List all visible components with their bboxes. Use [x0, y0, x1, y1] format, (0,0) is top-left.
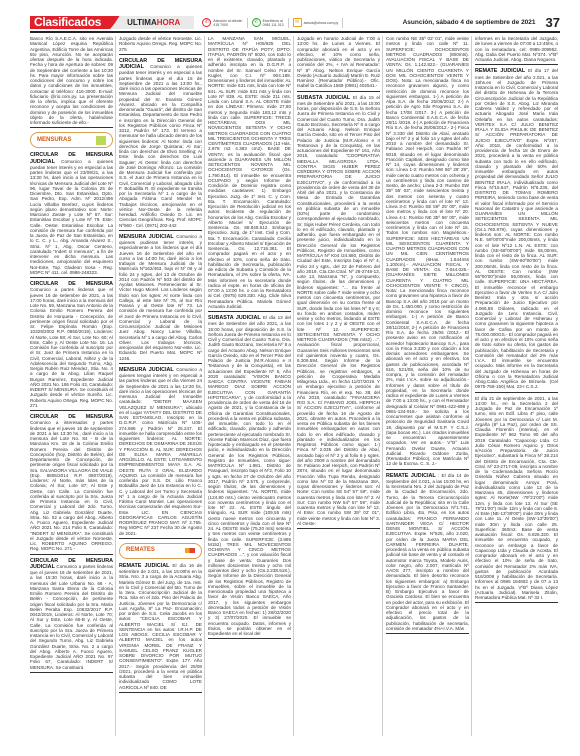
classifieds-columns: Banco Río S.A.E.C.A. sito en Avenida Mar… [30, 36, 560, 736]
section-label: MENSURAS [37, 138, 71, 143]
ad-body: informes en la Secretaría del Juzgado, d… [475, 36, 558, 62]
classified-ad: informes en la Secretaría del Juzgado, d… [475, 36, 558, 65]
classified-ad: REMATE JUDICIAL : El día 14 de Septiembr… [386, 473, 469, 635]
divider [247, 18, 248, 28]
ad-heading: SUBASTA JUDICIAL [297, 95, 350, 101]
ad-body: Comunico a partes linderas que el jueves… [30, 287, 113, 408]
divider [342, 18, 343, 28]
dateline: Asunción, sábado 4 de septiembre de 2021 [403, 19, 536, 26]
ad-body: Juzgado desde el vértice Noroeste. Lic. … [119, 36, 202, 52]
ad-body: Comunico a quienes puedan tener interés … [30, 159, 113, 275]
ad-body: Comunico a quienes pudieran tener interé… [119, 234, 202, 361]
section-label: REMATES [126, 548, 155, 553]
gavel-icon [185, 548, 195, 553]
classified-ad: CIRCULAR DE MENSURA JUDICIAL Comunico a … [30, 152, 113, 278]
classified-ad: SUBASTA JUDICIAL El día 13 del mes de Se… [208, 315, 291, 639]
contact-phone-value: 415 7000 [213, 23, 228, 27]
whatsapp-icon: ✆ [252, 18, 261, 27]
map-icon [96, 136, 106, 145]
column-1: Banco Río S.A.E.C.A. sito en Avenida Mar… [30, 36, 116, 736]
ad-body: LA MANZANA SAN MIGUEL, MATRÍCULA Nº H05/… [208, 36, 291, 309]
classified-ad: CIRCULAR DE MENSURA Comunico a partes li… [30, 281, 113, 411]
column-5: Con rumbo NE 35º 02' 01", mide veinte me… [386, 36, 472, 736]
column-2: Juzgado desde el vértice Noroeste. Lic. … [119, 36, 205, 736]
ad-body: Con rumbo NE 35º 02' 01", mide veinte me… [386, 36, 469, 466]
classified-ad: REMATE JUDICIAL El día 16 de setiembre d… [119, 563, 202, 693]
column-6: informes en la Secretaría del Juzgado, d… [475, 36, 560, 736]
classified-ad: SUBASTA JUDICIAL El día 15 el mes de Set… [297, 95, 380, 530]
section-banner-mensuras: MENSURAS [30, 132, 113, 148]
header-rule [30, 31, 560, 33]
classified-ad: LA MANZANA SAN MIGUEL, MATRÍCULA Nº H05/… [208, 36, 291, 312]
classified-ad: Juzgado en horario Judicial de 7:00 a 13… [297, 36, 380, 92]
contact-whatsapp-value: 0981 111 013 [263, 23, 284, 27]
ad-body: Comunico a partes linderas que el jueves… [30, 564, 113, 670]
ad-heading: REMATE JUDICIAL [475, 68, 525, 74]
phone-icon: ✆ [202, 18, 211, 27]
ad-body: Juzgado en horario Judicial de 7:00 a 13… [297, 36, 380, 88]
classified-ad: CIRCULAR DE MENSURA Comunico a interesad… [30, 414, 113, 555]
ad-body: El día 13 del mes de Setiembre del año 2… [208, 315, 291, 636]
classified-ad: MENSURA JUDICIAL Comunico a quienes pudi… [119, 234, 202, 364]
contact-bar: ✆ Atención al cliente:415 7000 ✆ Escríbi… [202, 16, 347, 29]
ad-body: El día 17 del mes de Setiembre del año 2… [475, 68, 558, 389]
ad-body: Comunico a quienes puedan tener interés … [119, 64, 202, 228]
section-banner-remates: REMATES [119, 543, 202, 559]
ad-heading: SUBASTA JUDICIAL [208, 315, 261, 321]
ad-body: Banco Río S.A.E.C.A. sito en Avenida Mar… [30, 36, 113, 125]
contact-email[interactable]: avisos@uhora.com.py [304, 21, 339, 25]
ad-body: El día 15 el mes de Setiembre año 2021, … [297, 95, 380, 526]
ad-body: Comunico a interesados y partes linderas… [30, 420, 113, 551]
column-3: LA MANZANA SAN MIGUEL, MATRÍCULA Nº H05/… [208, 36, 294, 736]
classified-ad: Juzgado desde el vértice Noroeste. Lic. … [119, 36, 202, 55]
divider [288, 18, 289, 28]
section-title: Clasificados [30, 16, 121, 29]
classified-ad: CIRCULAR DE MENSURA JUDICIAL Comunico a … [30, 558, 113, 673]
classified-ad: Banco Río S.A.E.C.A. sito en Avenida Mar… [30, 36, 113, 128]
column-4: Juzgado en horario Judicial de 7:00 a 13… [297, 36, 383, 736]
ad-heading: CIRCULAR DE MENSURA [30, 414, 113, 420]
ad-heading: CIRCULAR DE MENSURA [30, 281, 113, 287]
page-header: Clasificados ULTIMAHORA ✆ Atención al cl… [30, 16, 560, 29]
ad-body: : El día 14 de Septiembre del 2.021, a l… [386, 473, 469, 631]
classified-ad: REMATE JUDICIAL El día 17 del mes de Set… [475, 68, 558, 392]
page-number: 37 [546, 15, 560, 30]
classified-ad: Con rumbo NE 35º 02' 01", mide veinte me… [386, 36, 469, 470]
ad-body: El día 21 de septiembre de 2021, a las 1… [475, 396, 558, 601]
classified-ad: MENSURA JUDICIAL Comunico a quienes teng… [119, 367, 202, 539]
classified-ad: El día 21 de septiembre de 2021, a las 1… [475, 396, 558, 604]
ad-heading: REMATE JUDICIAL [119, 563, 169, 569]
classified-ad: CIRCULAR DE MENSURA JUDICIAL Comunico a … [119, 58, 202, 231]
ad-heading: REMATE JUDICIAL [386, 473, 436, 479]
newspaper-logo: ULTIMAHORA [111, 16, 194, 29]
ad-heading: MENSURA JUDICIAL [119, 234, 174, 240]
mail-icon: ✉ [293, 18, 302, 27]
ad-body: Comunico a quienes tengan interés y en e… [119, 367, 202, 536]
ad-body: El día 16 de setiembre de 2.021, a las 1… [119, 563, 202, 690]
ad-heading: MENSURA JUDICIAL [119, 367, 174, 373]
